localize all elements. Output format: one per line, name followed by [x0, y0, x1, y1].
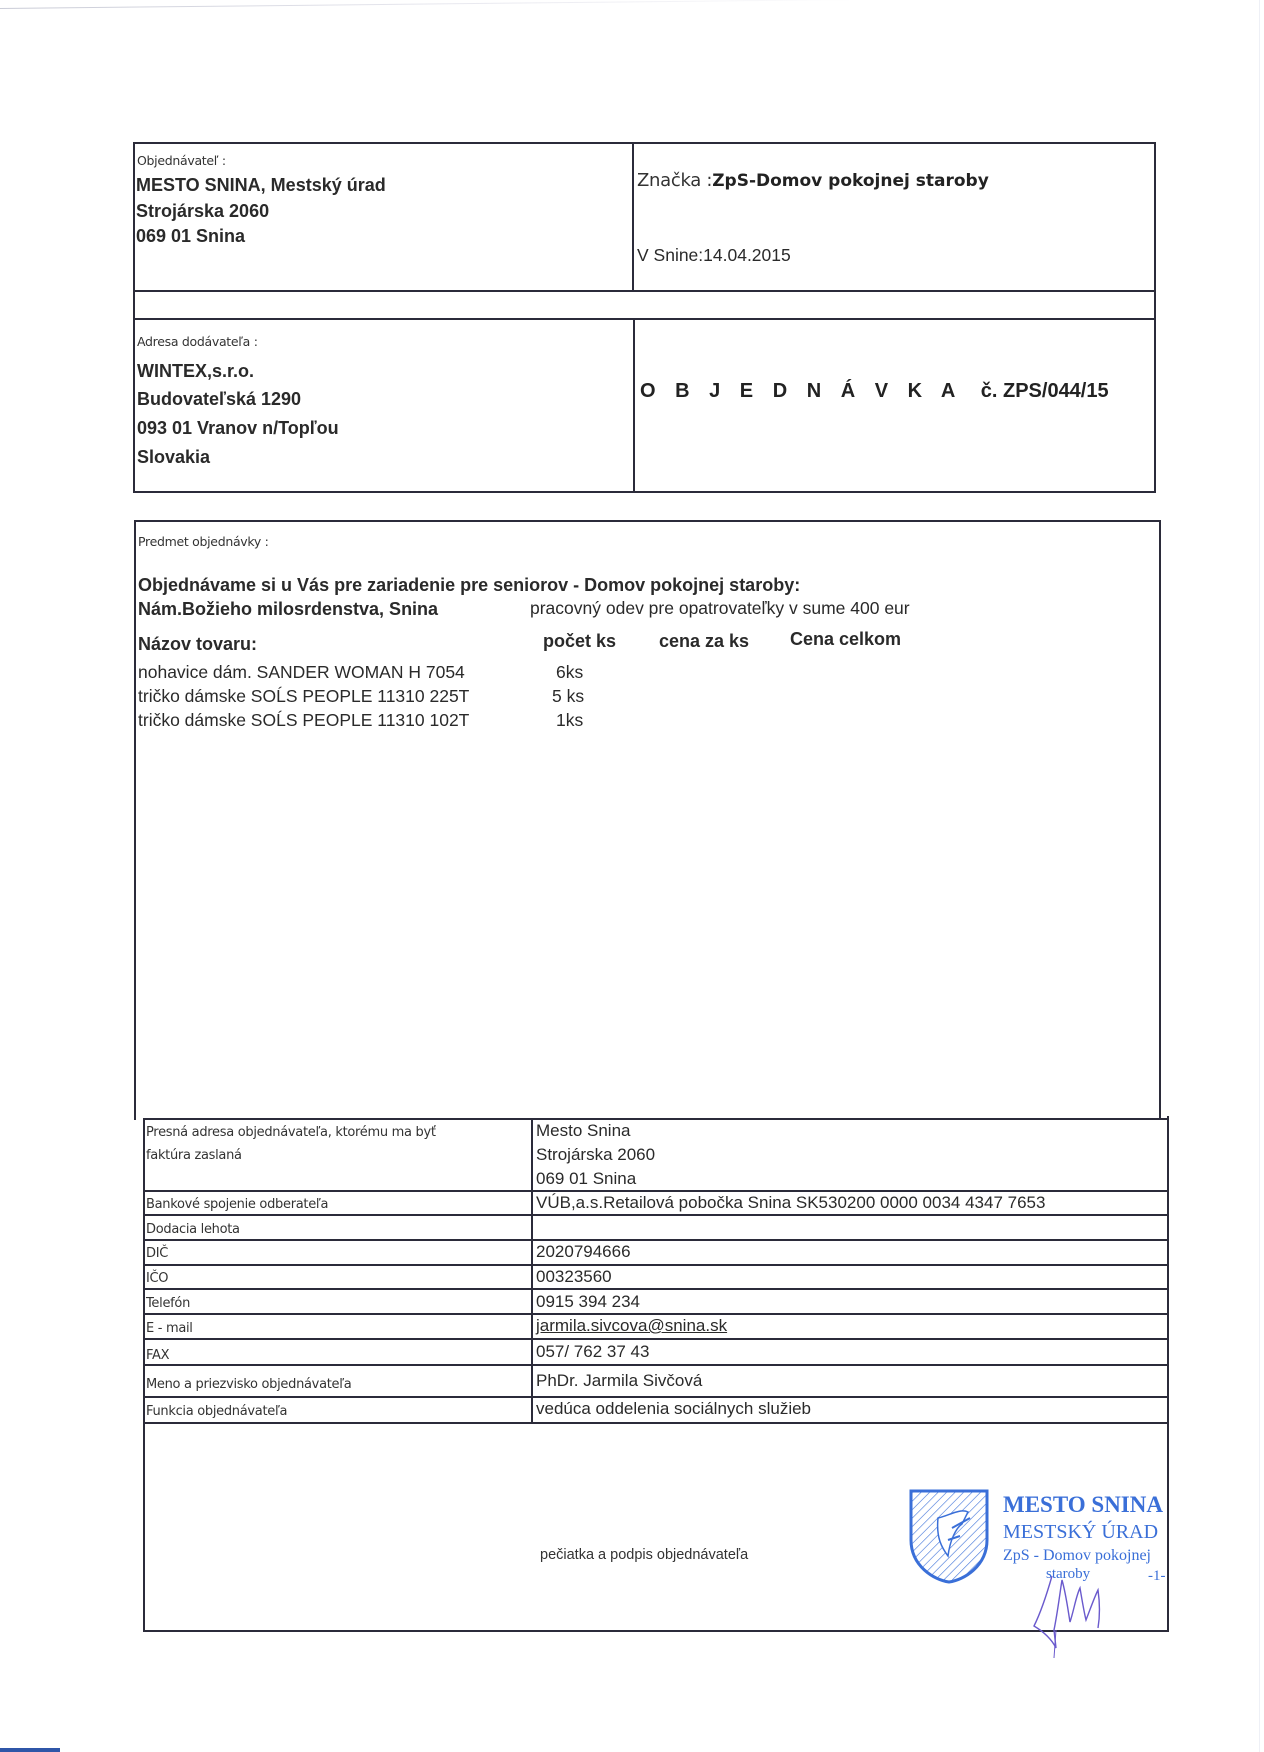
- place-date: V Snine:14.04.2015: [637, 245, 791, 266]
- subject-label: Predmet objednávky :: [138, 534, 269, 549]
- supplier-country: Slovakia: [137, 447, 210, 468]
- item-qty: 5 ks: [552, 686, 584, 707]
- order-title: O B J E D N Á V K A: [640, 380, 962, 402]
- item-qty: 6ks: [556, 662, 583, 683]
- orderer-city: 069 01 Snina: [136, 226, 245, 247]
- row-line: [143, 1422, 1169, 1424]
- supplier-street: Budovateľská 1290: [137, 389, 301, 410]
- supplier-city: 093 01 Vranov n/Topľou: [137, 418, 339, 439]
- detail-value-dic: 2020794666: [536, 1242, 631, 1262]
- row-line: [143, 1214, 1169, 1216]
- detail-value: Strojárska 2060: [536, 1145, 655, 1165]
- header-row-line: [134, 318, 1155, 320]
- orderer-name: MESTO SNINA, Mestský úrad: [136, 175, 386, 196]
- reference: Značka :ZpS-Domov pokojnej staroby: [637, 170, 989, 191]
- table-bottom-border: [143, 1630, 1169, 1632]
- detail-value-email-link[interactable]: jarmila.sivcova@snina.sk: [536, 1316, 727, 1336]
- detail-label-ico: IČO: [146, 1271, 168, 1286]
- row-line: [143, 1264, 1169, 1266]
- header-divider: [632, 143, 634, 291]
- supplier-name: WINTEX,s.r.o.: [137, 361, 254, 382]
- detail-label-phone: Telefón: [146, 1296, 190, 1311]
- orderer-street: Strojárska 2060: [136, 201, 269, 222]
- item-name: nohavice dám. SANDER WOMAN H 7054: [138, 662, 465, 683]
- item-qty: 1ks: [556, 710, 583, 731]
- handwritten-signature-icon: [1030, 1570, 1120, 1660]
- stamp-line-2: MESTSKÝ ÚRAD: [1003, 1521, 1158, 1544]
- item-name: tričko dámske SOĹS PEOPLE 11310 102T: [138, 710, 469, 731]
- detail-value-bank: VÚB,a.s.Retailová pobočka Snina SK530200…: [536, 1193, 1045, 1213]
- table-middle-divider: [531, 1118, 533, 1424]
- detail-value: 069 01 Snina: [536, 1169, 636, 1189]
- detail-label-email: E - mail: [146, 1321, 193, 1336]
- detail-value-phone: 0915 394 234: [536, 1292, 640, 1312]
- subject-intro: Objednávame si u Vás pre zariadenie pre …: [138, 575, 800, 596]
- reference-value: ZpS-Domov pokojnej staroby: [712, 171, 989, 191]
- col-header-qty: počet ks: [543, 631, 616, 652]
- row-line: [143, 1338, 1169, 1340]
- supplier-label: Adresa dodávateľa :: [137, 334, 258, 349]
- detail-value: Mesto Snina: [536, 1121, 631, 1141]
- detail-value-fax: 057/ 762 37 43: [536, 1342, 649, 1362]
- scan-edge: [0, 1748, 1264, 1752]
- order-number: č. ZPS/044/15: [981, 380, 1109, 402]
- row-line: [143, 1190, 1169, 1192]
- delivery-address: Nám.Božieho milosrdenstva, Snina: [138, 599, 438, 620]
- order-heading: O B J E D N Á V K A č. ZPS/044/15: [640, 380, 1109, 403]
- detail-label-delivery: Dodacia lehota: [146, 1222, 240, 1237]
- row-line: [143, 1239, 1169, 1241]
- detail-value-ico: 00323560: [536, 1267, 612, 1287]
- header-row-line: [134, 290, 1155, 292]
- detail-label-function: Funkcia objednávateľa: [146, 1404, 287, 1419]
- signature-label: pečiatka a podpis objednávateľa: [540, 1547, 748, 1563]
- col-header-unit-price: cena za ks: [659, 631, 749, 652]
- detail-label-invoice-address: Presná adresa objednávateľa, ktorému ma …: [146, 1125, 436, 1140]
- stamp-line-1: MESTO SNINA: [1003, 1492, 1163, 1518]
- table-left-border: [143, 1118, 145, 1632]
- row-line: [143, 1118, 1169, 1120]
- stamp-number: -1-: [1148, 1568, 1166, 1585]
- row-line: [143, 1313, 1169, 1315]
- detail-label-name: Meno a priezvisko objednávateľa: [146, 1377, 351, 1392]
- detail-label-invoice-address-cont: faktúra zaslaná: [146, 1148, 242, 1163]
- header-divider: [633, 319, 635, 492]
- row-line: [143, 1364, 1169, 1366]
- detail-value-function: vedúca oddelenia sociálnych služieb: [536, 1399, 811, 1419]
- row-line: [143, 1396, 1169, 1398]
- detail-label-bank: Bankové spojenie odberateľa: [146, 1197, 328, 1212]
- scan-artifact: [0, 0, 900, 9]
- stamp-line-3: ZpS - Domov pokojnej: [1003, 1547, 1151, 1565]
- detail-label-dic: DIČ: [146, 1246, 168, 1261]
- col-header-name: Názov tovaru:: [138, 634, 257, 655]
- detail-label-fax: FAX: [146, 1348, 169, 1363]
- coat-of-arms-icon: [908, 1488, 990, 1584]
- scan-edge: [1259, 0, 1260, 1752]
- orderer-label: Objednávateľ :: [137, 153, 226, 168]
- detail-value-name: PhDr. Jarmila Sivčová: [536, 1371, 702, 1391]
- item-name: tričko dámske SOĹS PEOPLE 11310 225T: [138, 686, 469, 707]
- subject-description: pracovný odev pre opatrovateľky v sume 4…: [530, 598, 910, 619]
- col-header-total: Cena celkom: [790, 629, 901, 650]
- row-line: [143, 1288, 1169, 1290]
- reference-label: Značka :: [637, 170, 712, 191]
